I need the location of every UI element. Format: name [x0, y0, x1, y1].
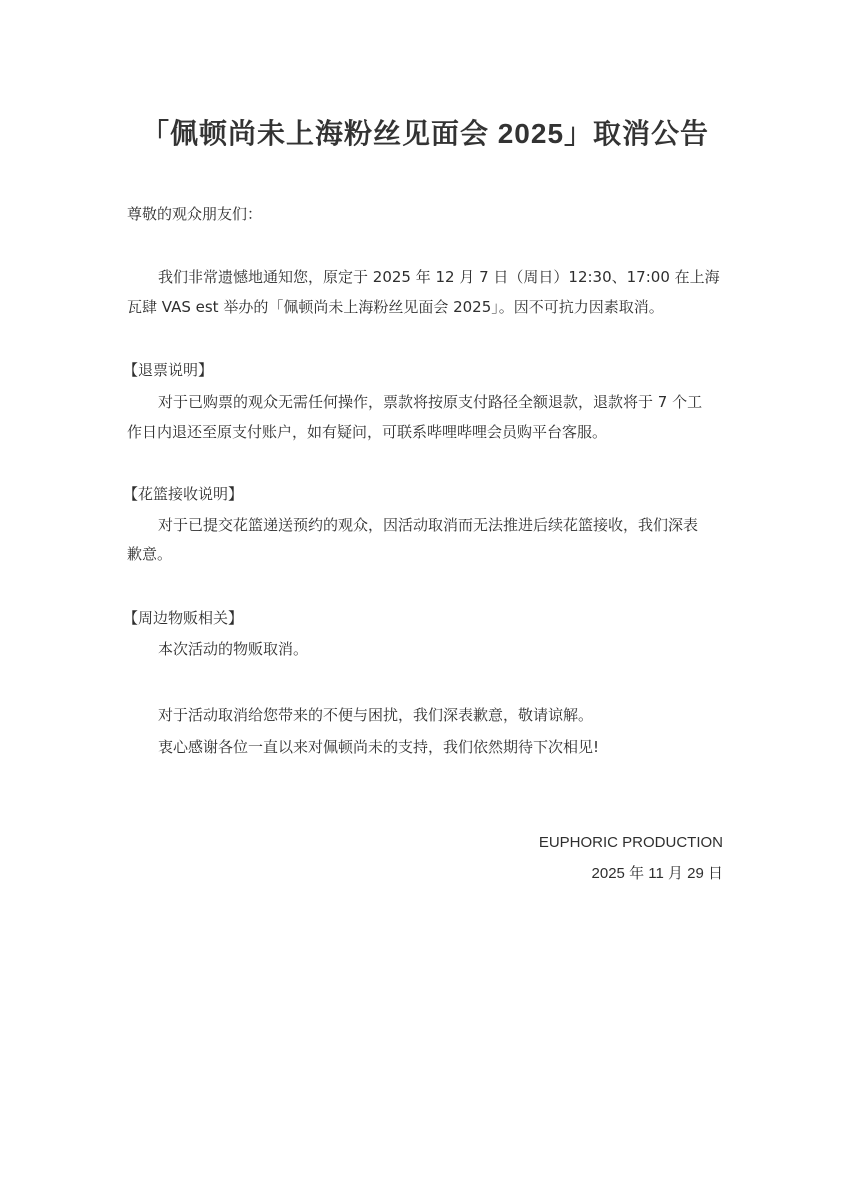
section-heading-merchandise: 【周边物贩相关】	[123, 608, 243, 628]
section-heading-flower-basket: 【花篮接收说明】	[123, 484, 243, 504]
closing-thanks: 衷心感谢各位一直以来对佩顿尚未的支持，我们依然期待下次相见!	[158, 737, 599, 757]
section-heading-refund: 【退票说明】	[123, 360, 213, 380]
refund-line-1: 对于已购票的观众无需任何操作，票款将按原支付路径全额退款，退款将于 7 个工	[158, 392, 702, 412]
intro-line-2: 瓦肆 VAS est 举办的「佩顿尚未上海粉丝见面会 2025」。因不可抗力因素…	[127, 297, 664, 317]
intro-line-1: 我们非常遗憾地通知您，原定于 2025 年 12 月 7 日（周日）12:30、…	[158, 267, 720, 287]
announcement-page: 「佩顿尚未上海粉丝见面会 2025」取消公告 尊敬的观众朋友们： 我们非常遗憾地…	[0, 0, 850, 1192]
signature-organization: EUPHORIC PRODUCTION	[539, 833, 723, 853]
closing-apology: 对于活动取消给您带来的不便与困扰，我们深表歉意，敬请谅解。	[158, 705, 593, 725]
flower-basket-line-2: 歉意。	[127, 544, 172, 564]
flower-basket-line-1: 对于已提交花篮递送预约的观众，因活动取消而无法推进后续花篮接收，我们深表	[158, 515, 698, 535]
merchandise-line-1: 本次活动的物贩取消。	[158, 639, 308, 659]
document-title: 「佩顿尚未上海粉丝见面会 2025」取消公告	[0, 112, 850, 152]
salutation: 尊敬的观众朋友们：	[127, 204, 262, 224]
signature-date: 2025 年 11 月 29 日	[592, 864, 723, 884]
refund-line-2: 作日内退还至原支付账户，如有疑问，可联系哔哩哔哩会员购平台客服。	[127, 422, 607, 442]
